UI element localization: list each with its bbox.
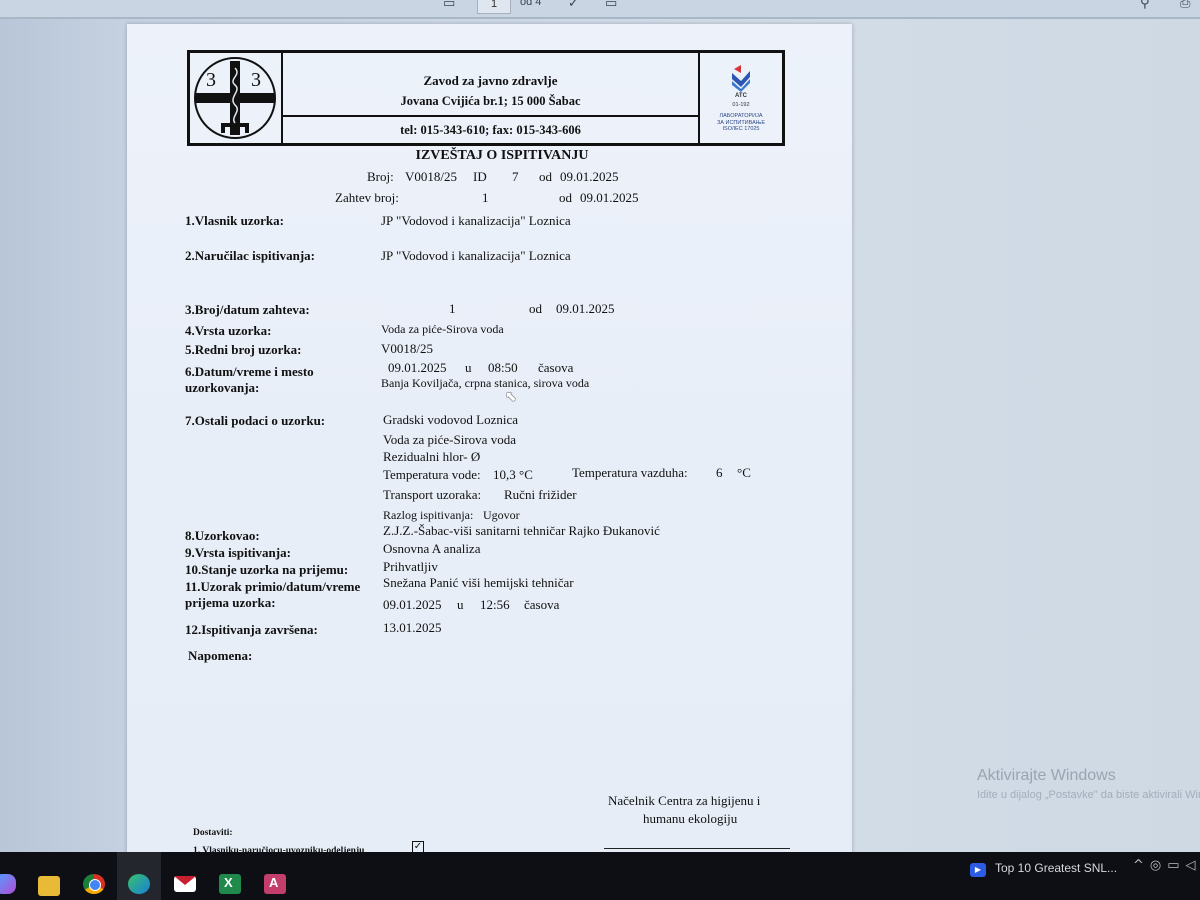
page-number-input[interactable]: 1 xyxy=(477,0,511,14)
sample-state-value: Prihvatljiv xyxy=(383,559,438,575)
activate-windows-subtitle: Idite u dijalog „Postavke" da biste akti… xyxy=(977,789,1200,801)
reason-label: Razlog ispitivanja: xyxy=(383,508,473,523)
test-type-label: 9.Vrsta ispitivanja: xyxy=(185,545,291,561)
caduceus-cross-icon: 3 3 xyxy=(190,53,281,143)
sample-state-label: 10.Stanje uzorka na prijemu: xyxy=(185,562,348,578)
report-date: 09.01.2025 xyxy=(560,169,619,185)
sample-type-label: 4.Vrsta uzorka: xyxy=(185,323,271,339)
request-od-label: od xyxy=(559,190,572,206)
received-by-label-2: prijema uzorka: xyxy=(185,595,276,611)
sample-number-value: V0018/25 xyxy=(381,341,433,357)
sampled-by-label: 8.Uzorkovao: xyxy=(185,528,260,544)
print-icon[interactable]: ⎙ xyxy=(1180,0,1190,11)
network-icon[interactable]: ▭ xyxy=(1167,858,1185,873)
org-address: Jovana Cvijića br.1; 15 000 Šabac xyxy=(283,94,698,109)
letterhead-text: Zavod za javno zdravlje Jovana Cvijića b… xyxy=(283,53,700,143)
transport-label: Transport uzoraka: xyxy=(383,487,481,503)
atc-accreditation: ATC 01-192 ЛАБОРАТОРИЈА ЗА ИСПИТИВАЊЕ IS… xyxy=(700,53,782,143)
meet-icon[interactable]: ◎ xyxy=(1150,858,1167,873)
atc-line3: ISO/IEC 17025 xyxy=(700,126,782,133)
request-label: Zahtev broj: xyxy=(335,190,399,206)
request-date-value: 09.01.2025 xyxy=(556,301,615,317)
request-date: 09.01.2025 xyxy=(580,190,639,206)
taskbar: X A xyxy=(0,852,1200,900)
client-value: JP "Vodovod i kanalizacija" Loznica xyxy=(381,248,571,264)
report-number-label: Broj: xyxy=(367,169,394,185)
fit-page-icon[interactable]: ▭ xyxy=(605,0,617,11)
test-type-value: Osnovna A analiza xyxy=(383,541,480,557)
sampling-unit: časova xyxy=(538,360,573,376)
mouse-cursor-icon: ⬉ xyxy=(505,389,517,405)
atc-label: ATC xyxy=(700,93,782,99)
chevron-up-icon[interactable]: ^ xyxy=(1133,858,1150,873)
received-unit: časova xyxy=(524,597,559,613)
owner-label: 1.Vlasnik uzorka: xyxy=(185,213,284,229)
sampled-by-value: Z.J.Z.-Šabac-viši sanitarni tehničar Raj… xyxy=(383,523,660,539)
excel-icon[interactable]: X xyxy=(219,874,241,894)
transport-value: Ručni frižider xyxy=(504,487,577,503)
other-data-line1: Gradski vodovod Loznica xyxy=(383,412,518,428)
air-temp-label: Temperatura vazduha: xyxy=(572,465,688,481)
institute-logo: 3 3 xyxy=(190,53,283,143)
received-by-label-1: 11.Uzorak primio/datum/vreme xyxy=(185,579,360,595)
svg-text:3: 3 xyxy=(251,69,261,91)
sampling-date: 09.01.2025 xyxy=(388,360,447,376)
volume-icon[interactable]: ◁ xyxy=(1186,858,1200,873)
sampling-datetime-label-2: uzorkovanja: xyxy=(185,380,259,396)
received-time: 12:56 xyxy=(480,597,510,613)
search-icon[interactable]: ⚲ xyxy=(1140,0,1150,11)
pdf-viewer-toolbar: ▭ 1 od 4 ✓ ▭ ⚲ ⎙ xyxy=(0,0,1200,19)
sampling-datetime-label-1: 6.Datum/vreme i mesto xyxy=(185,364,314,380)
report-number: V0018/25 xyxy=(405,169,457,185)
page-icon[interactable]: ▭ xyxy=(443,0,455,11)
signature-line xyxy=(604,848,790,849)
request-number: 1 xyxy=(482,190,489,206)
other-data-label: 7.Ostali podaci o uzorku: xyxy=(185,413,325,429)
access-icon[interactable]: A xyxy=(264,874,286,894)
report-id: 7 xyxy=(512,169,519,185)
sample-type-value: Voda za piće-Sirova voda xyxy=(381,322,504,337)
org-name: Zavod za javno zdravlje xyxy=(283,73,698,89)
air-temp-unit: °C xyxy=(737,465,751,481)
air-temp-value: 6 xyxy=(716,465,723,481)
draw-icon[interactable]: ✓ xyxy=(568,0,579,11)
received-u: u xyxy=(457,597,464,613)
copilot-icon[interactable] xyxy=(0,874,16,894)
play-icon[interactable]: ▶ xyxy=(970,863,986,877)
received-by-person: Snežana Panić viši hemijski tehničar xyxy=(383,575,574,591)
letterhead: 3 3 Zavod za javno zdravlje Jovana Cviji… xyxy=(187,50,785,146)
file-explorer-icon[interactable] xyxy=(38,876,60,896)
document-page: 3 3 Zavod za javno zdravlje Jovana Cviji… xyxy=(127,24,852,854)
water-temp-value: 10,3 °C xyxy=(493,467,533,483)
signature-title-1: Načelnik Centra za higijenu i xyxy=(608,793,760,809)
residual-chlorine: Rezidualni hlor- Ø xyxy=(383,449,480,465)
org-contact: tel: 015-343-610; fax: 015-343-606 xyxy=(283,123,698,138)
atc-code: 01-192 xyxy=(700,102,782,108)
tests-completed-label: 12.Ispitivanja završena: xyxy=(185,622,318,638)
water-temp-label: Temperatura vode: xyxy=(383,467,481,483)
client-label: 2.Naručilac ispitivanja: xyxy=(185,248,315,264)
media-title: Top 10 Greatest SNL... xyxy=(995,861,1117,875)
report-title: IZVEŠTAJ O ISPITIVANJU xyxy=(127,148,877,164)
activate-windows-title: Aktivirajte Windows xyxy=(977,767,1116,785)
received-date: 09.01.2025 xyxy=(383,597,442,613)
report-od-label: od xyxy=(539,169,552,185)
svg-text:3: 3 xyxy=(206,69,216,91)
chrome-icon[interactable] xyxy=(83,874,105,894)
signature-title-2: humanu ekologiju xyxy=(643,811,737,827)
request-number-value: 1 xyxy=(449,301,456,317)
owner-value: JP "Vodovod i kanalizacija" Loznica xyxy=(381,213,571,229)
deliver-label: Dostaviti: xyxy=(193,828,233,838)
atc-description: ЛАБОРАТОРИЈА ЗА ИСПИТИВАЊЕ ISO/IEC 17025 xyxy=(700,113,782,133)
other-data-line2: Voda za piće-Sirova voda xyxy=(383,432,516,448)
atc-logo-icon xyxy=(729,63,753,93)
mail-icon[interactable] xyxy=(174,876,196,892)
report-id-label: ID xyxy=(473,169,487,185)
sample-number-label: 5.Redni broj uzorka: xyxy=(185,342,301,358)
note-label: Napomena: xyxy=(188,648,252,664)
request-number-date-label: 3.Broj/datum zahteva: xyxy=(185,302,310,318)
sampling-u: u xyxy=(465,360,472,376)
sampling-time: 08:50 xyxy=(488,360,518,376)
page-total: od 4 xyxy=(520,0,541,8)
sampling-place: Banja Koviljača, crpna stanica, sirova v… xyxy=(381,376,589,391)
system-tray: ^◎▭◁ xyxy=(1133,858,1200,873)
request-od-label-2: od xyxy=(529,301,542,317)
edge-icon[interactable] xyxy=(128,874,150,894)
tests-completed-value: 13.01.2025 xyxy=(383,620,442,636)
reason-value: Ugovor xyxy=(483,508,520,523)
